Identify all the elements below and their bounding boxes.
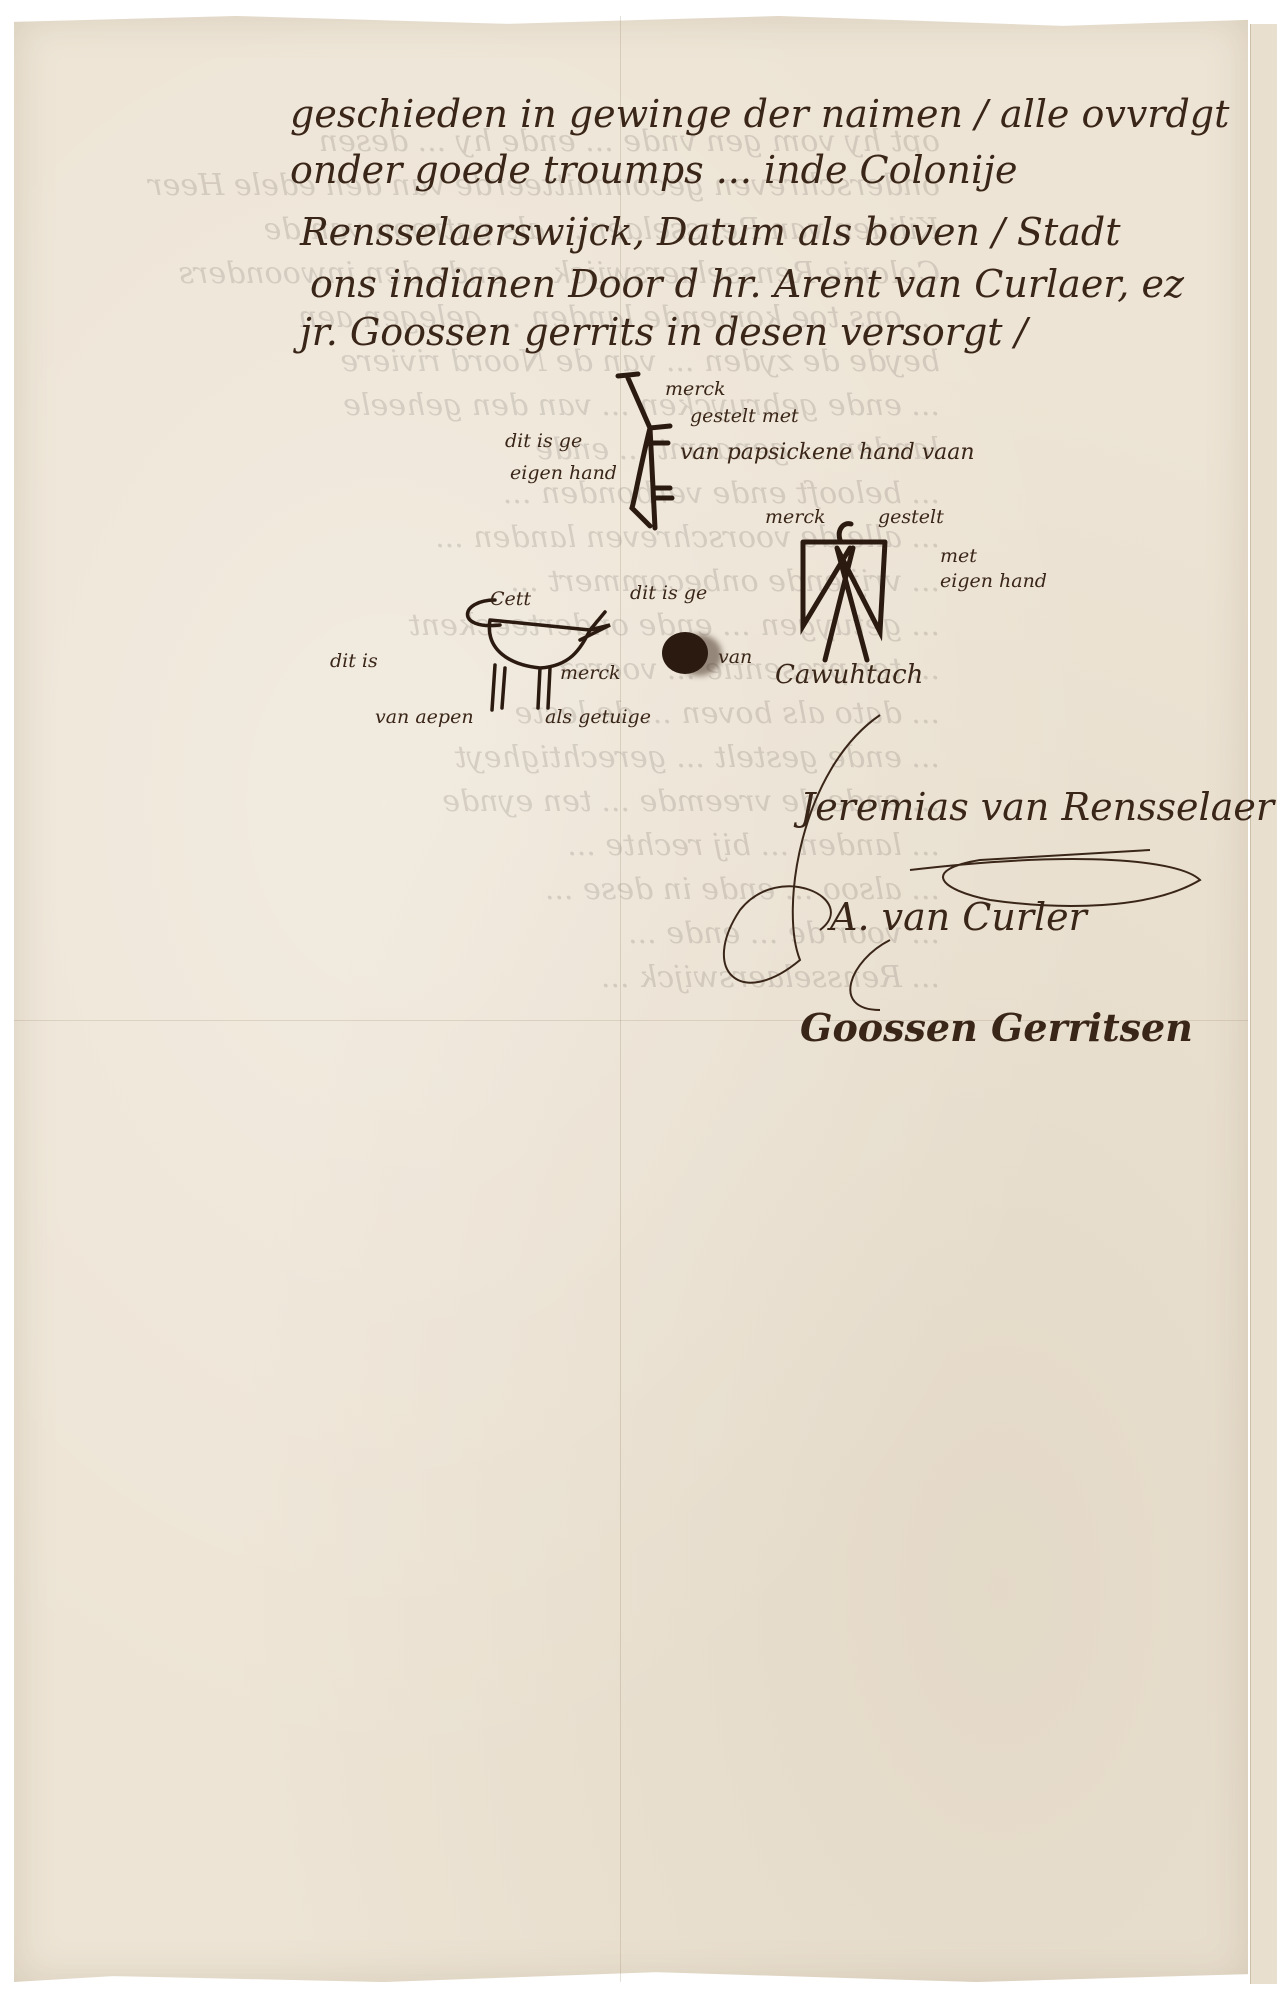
branch-label-dit-is: dit is ge: [505, 430, 582, 452]
deer-label-merck: merck: [560, 662, 621, 684]
signature-a-van-curler: A. van Curler: [830, 895, 1087, 939]
branch-label-merck: merck: [665, 378, 726, 400]
bird-label-met: met: [940, 545, 977, 567]
bird-label-name: Cawuhtach: [775, 660, 923, 690]
bird-label-gestelt: gestelt: [878, 506, 944, 528]
signature-goossen-gerritsen: Goossen Gerritsen: [800, 1005, 1193, 1050]
branch-label-van: van papsickene hand vaan: [680, 440, 975, 465]
main-text-line-2: onder goede troumps ... inde Colonije: [290, 148, 1017, 192]
ink-blot-mark: [662, 632, 708, 674]
bird-label-merck: merck: [765, 506, 826, 528]
deer-label-top: Cett: [490, 588, 531, 610]
branch-label-gestelt: gestelt met: [690, 405, 799, 427]
deer-label-getuige: als getuige: [545, 706, 651, 728]
main-text-line-1: geschieden in gewinge der naimen / alle …: [290, 92, 1229, 136]
main-text-line-5: jr. Goossen gerrits in desen versorgt /: [300, 310, 1027, 354]
bird-mark-icon: [795, 520, 935, 660]
deer-label-dit-is: dit is: [330, 650, 378, 672]
signature-flourish-icon: [680, 710, 1240, 1010]
branch-label-eigen-hand: eigen hand: [510, 462, 617, 484]
main-text-line-4: ons indianen Door d hr. Arent van Curlae…: [310, 262, 1184, 306]
adjacent-page-edge: [1250, 24, 1277, 1984]
deer-label-van-aepen: van aepen: [375, 706, 474, 728]
main-text-line-3: Rensselaerswijck, Datum als boven / Stad…: [300, 210, 1120, 254]
blot-label-dit-is: dit is ge: [630, 582, 707, 604]
bird-label-eigen-hand: eigen hand: [940, 570, 1047, 592]
signature-jeremias-van-rensselaer: Jeremias van Rensselaer: [800, 785, 1274, 829]
blot-label-van: van: [718, 646, 752, 668]
